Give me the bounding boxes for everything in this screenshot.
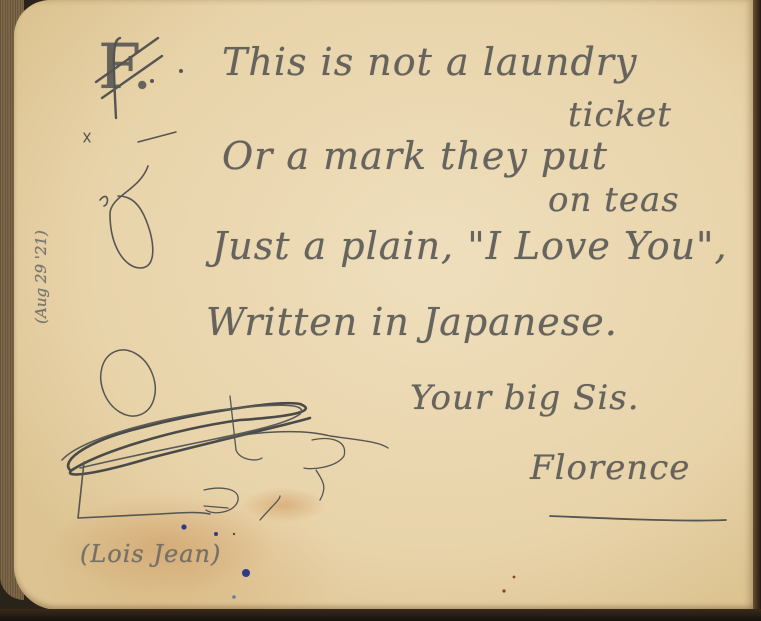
verse-line-3: Or a mark they put [222,134,608,178]
margin-date: (Aug 29 '21) [32,230,50,324]
margin-name: (Lois Jean) [80,540,221,568]
verse-line-2: ticket [568,95,672,135]
verse-line-5: Just a plain, "I Love You", [212,224,728,268]
loop-scribble [100,166,153,268]
closing-line: Your big Sis. [410,378,640,418]
signature: Florence [530,448,690,488]
x-mark [84,133,90,142]
verse-line-1: This is not a laundry [222,40,637,84]
autograph-book-scan: F. This is not a laundry ticket Or a mar… [0,0,761,621]
verse-line-4: on teas [548,180,680,220]
period-dot [179,69,183,73]
dash-mark [138,132,176,142]
initial-f: F. [98,30,153,103]
verse-line-6: Written in Japanese. [206,300,618,344]
bottom-page-edge [0,609,761,621]
signature-underline [550,516,726,521]
heavy-scribble [68,403,310,474]
small-oval [91,342,165,425]
right-page-edge [753,0,761,621]
